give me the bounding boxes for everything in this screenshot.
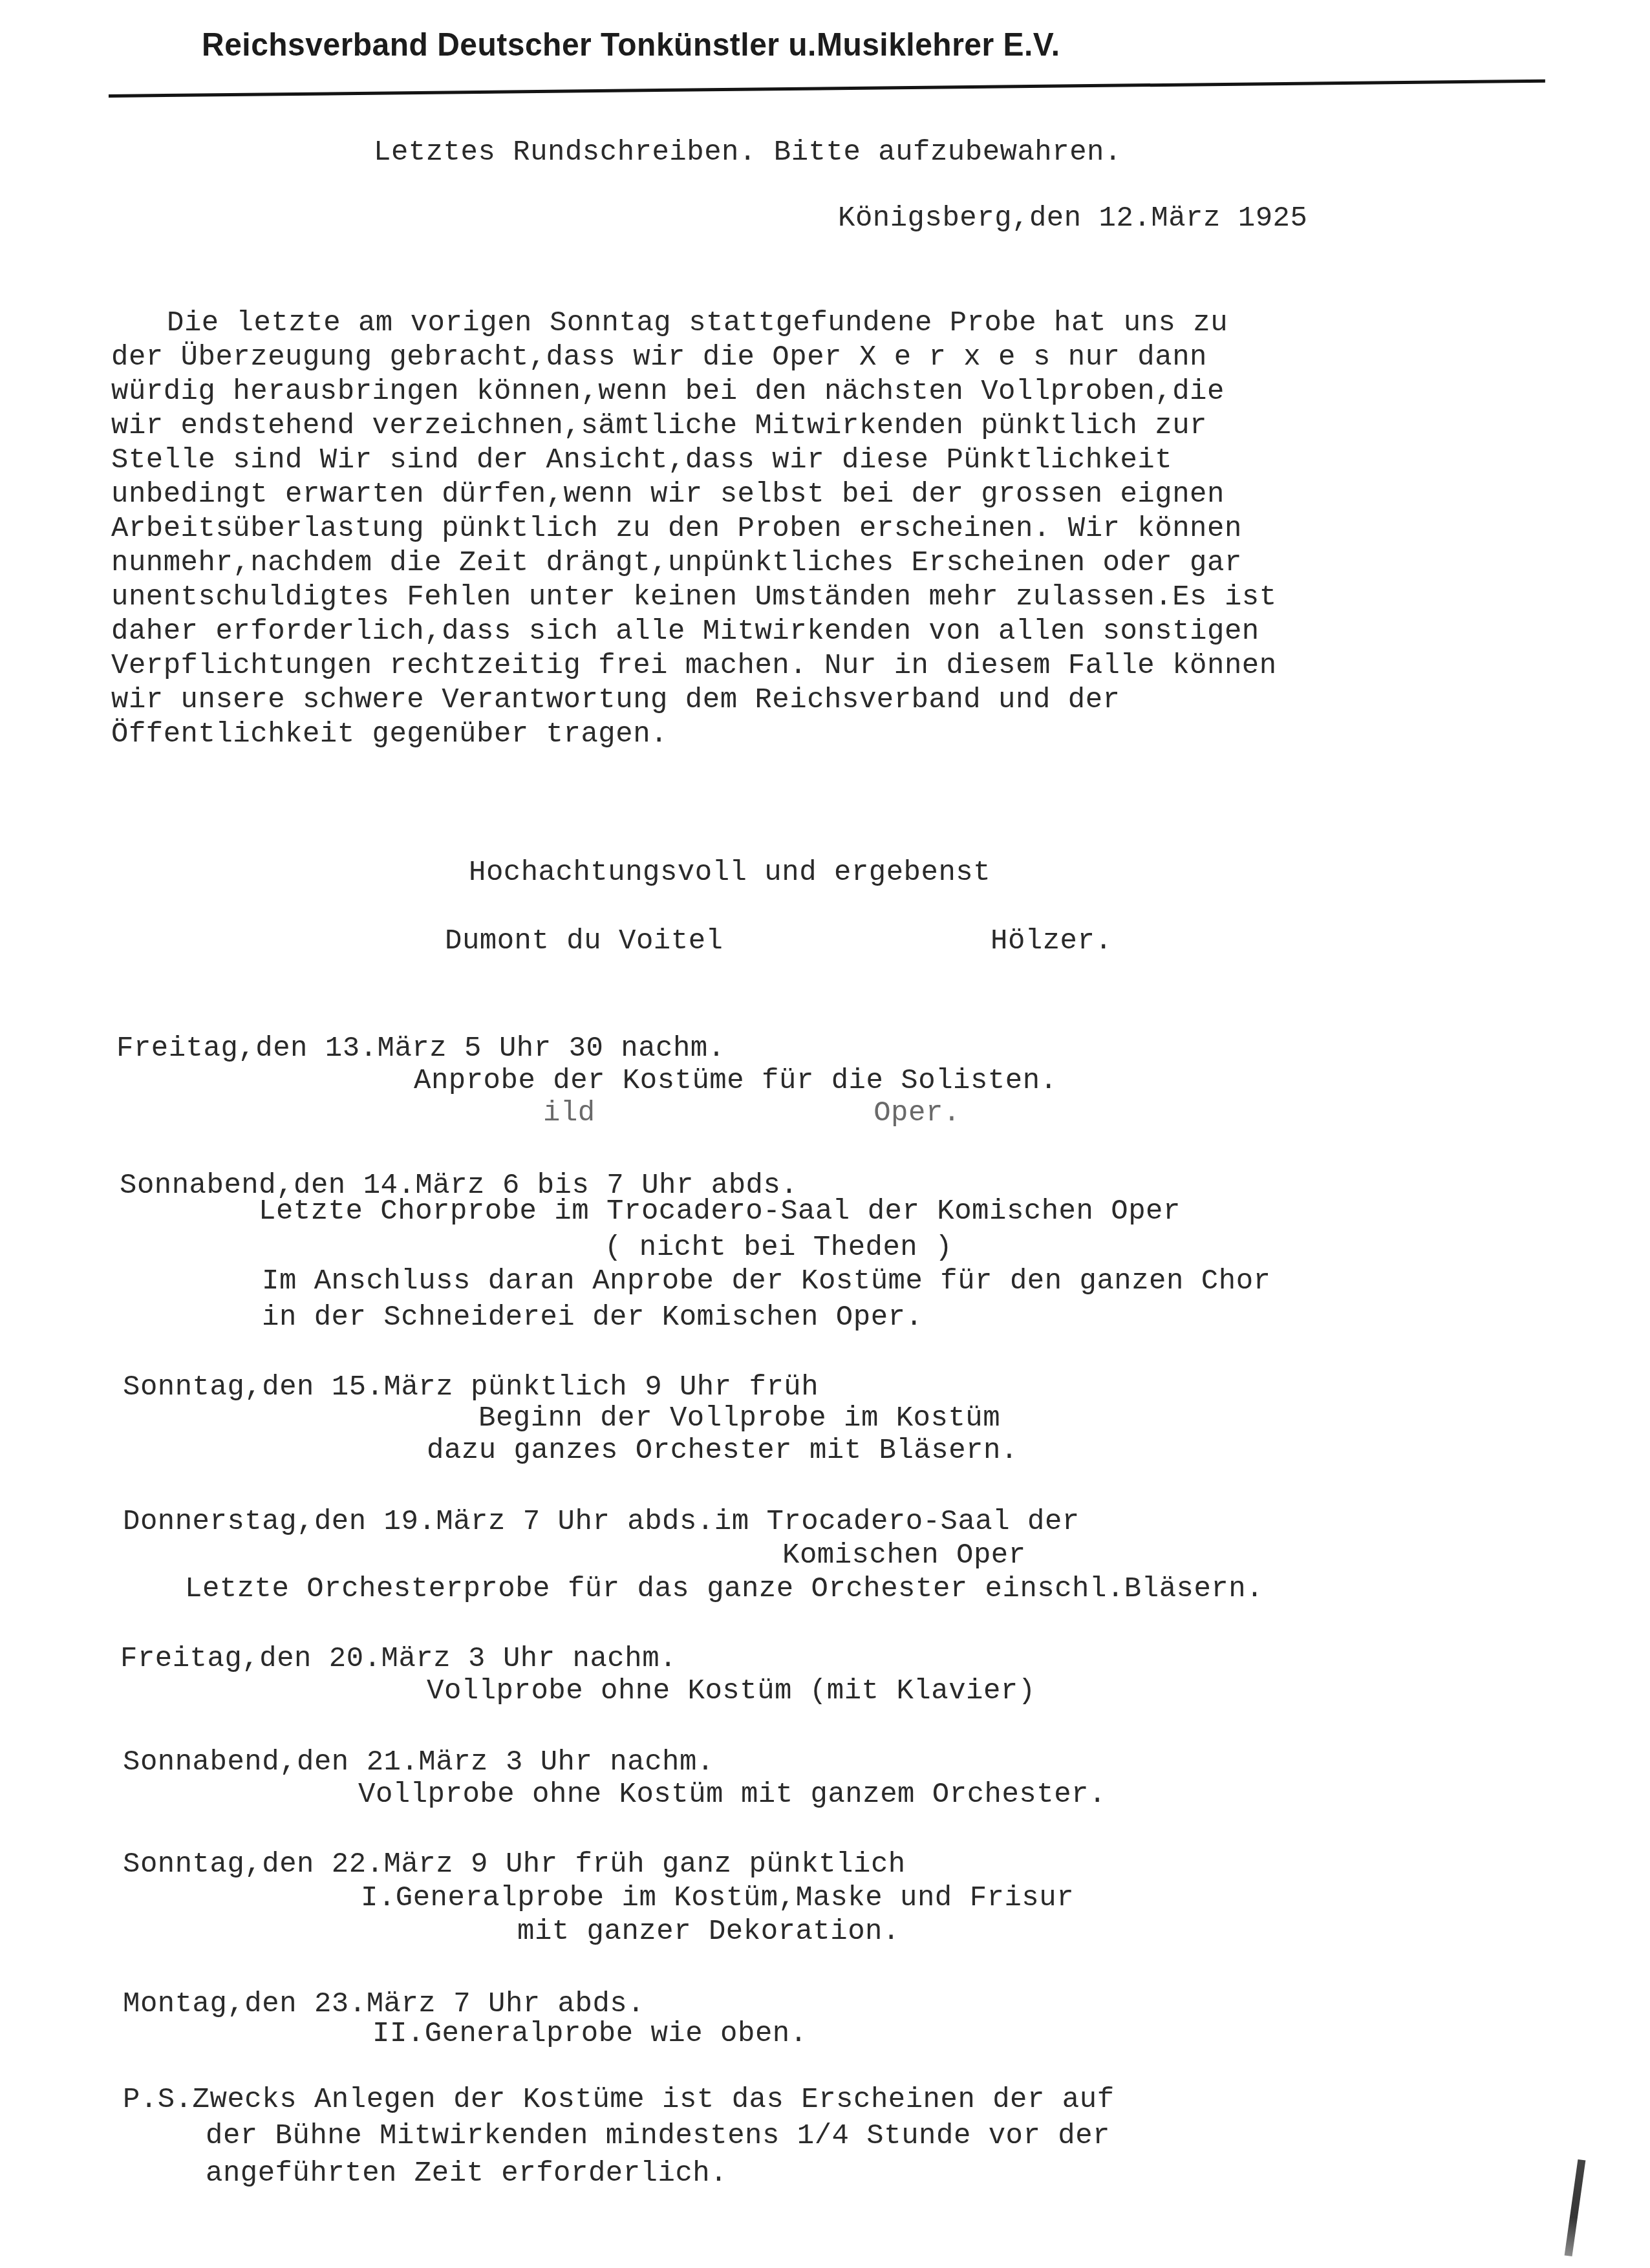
body-line: unbedingt erwarten dürfen,wenn wir selbs… <box>111 478 1225 511</box>
schedule-detail: ( nicht bei Theden ) <box>605 1231 952 1265</box>
body-line: wir unsere schwere Verantwortung dem Rei… <box>111 683 1120 717</box>
schedule-date: Donnerstag,den 19.März 7 Uhr abds.im Tro… <box>123 1505 1080 1539</box>
body-line: Öffentlichkeit gegenüber tragen. <box>111 718 668 751</box>
body-line: Arbeitsüberlastung pünktlich zu den Prob… <box>111 512 1242 546</box>
body-line: unentschuldigtes Fehlen unter keinen Ums… <box>111 581 1277 614</box>
schedule-detail: Letzte Orchesterprobe für das ganze Orch… <box>185 1572 1263 1606</box>
postscript-line: der Bühne Mitwirkenden mindestens 1/4 St… <box>206 2119 1110 2153</box>
schedule-date: Freitag,den 20.März 3 Uhr nachm. <box>120 1642 677 1676</box>
body-line: der Überzeugung gebracht,dass wir die Op… <box>111 341 1207 374</box>
body-line: nunmehr,nachdem die Zeit drängt,unpünktl… <box>111 546 1242 580</box>
subject-line: Letztes Rundschreiben. Bitte aufzubewahr… <box>374 136 1122 169</box>
postscript-line: P.S.Zwecks Anlegen der Kostüme ist das E… <box>123 2083 1115 2117</box>
schedule-detail: in der Schneiderei der Komischen Oper. <box>262 1301 923 1334</box>
body-line: Die letzte am vorigen Sonntag stattgefun… <box>167 306 1228 340</box>
schedule-detail: II.Generalprobe wie oben. <box>372 2017 808 2051</box>
schedule-detail: Vollprobe ohne Kostüm (mit Klavier) <box>427 1674 1036 1708</box>
schedule-date: Freitag,den 13.März 5 Uhr 30 nachm. <box>116 1032 725 1065</box>
body-line: daher erforderlich,dass sich alle Mitwir… <box>111 615 1259 648</box>
schedule-date: Montag,den 23.März 7 Uhr abds. <box>123 1987 645 2021</box>
body-line: Verpflichtungen rechtzeitig frei machen.… <box>111 649 1277 683</box>
closing-line: Hochachtungsvoll und ergebenst <box>469 856 991 890</box>
body-line: wir endstehend verzeichnen,sämtliche Mit… <box>111 409 1207 443</box>
schedule-detail: I.Generalprobe im Kostüm,Maske und Frisu… <box>361 1881 1074 1915</box>
schedule-detail: Letzte Chorprobe im Trocadero-Saal der K… <box>259 1195 1181 1228</box>
schedule-detail: mit ganzer Dekoration. <box>517 1915 900 1949</box>
schedule-date: Sonntag,den 22.März 9 Uhr früh ganz pünk… <box>123 1848 906 1881</box>
schedule-detail: Beginn der Vollprobe im Kostüm <box>478 1402 1000 1435</box>
body-line: Stelle sind Wir sind der Ansicht,dass wi… <box>111 444 1172 477</box>
letterhead: Reichsverband Deutscher Tonkünstler u.Mu… <box>202 26 1060 63</box>
signature-1: Dumont du Voitel <box>445 925 723 958</box>
signature-2: Hölzer. <box>991 925 1112 958</box>
body-line: würdig herausbringen können,wenn bei den… <box>111 375 1225 409</box>
schedule-date: Sonnabend,den 21.März 3 Uhr nachm. <box>123 1746 714 1779</box>
schedule-detail: Im Anschluss daran Anprobe der Kostüme f… <box>262 1265 1270 1298</box>
ink-smudge <box>1565 2159 1586 2256</box>
place-date: Königsberg,den 12.März 1925 <box>838 202 1307 235</box>
schedule-detail: Anprobe der Kostüme für die Solisten. <box>414 1064 1057 1098</box>
schedule-date: Sonntag,den 15.März pünktlich 9 Uhr früh <box>123 1371 819 1404</box>
schedule-detail: ild Oper. <box>543 1097 961 1130</box>
schedule-detail: Vollprobe ohne Kostüm mit ganzem Orchest… <box>358 1778 1106 1812</box>
letter-page: Reichsverband Deutscher Tonkünstler u.Mu… <box>0 0 1650 2268</box>
schedule-detail: dazu ganzes Orchester mit Bläsern. <box>427 1434 1018 1468</box>
letterhead-rule <box>109 80 1545 98</box>
postscript-line: angeführten Zeit erforderlich. <box>206 2157 727 2190</box>
schedule-detail: Komischen Oper <box>782 1539 1026 1572</box>
